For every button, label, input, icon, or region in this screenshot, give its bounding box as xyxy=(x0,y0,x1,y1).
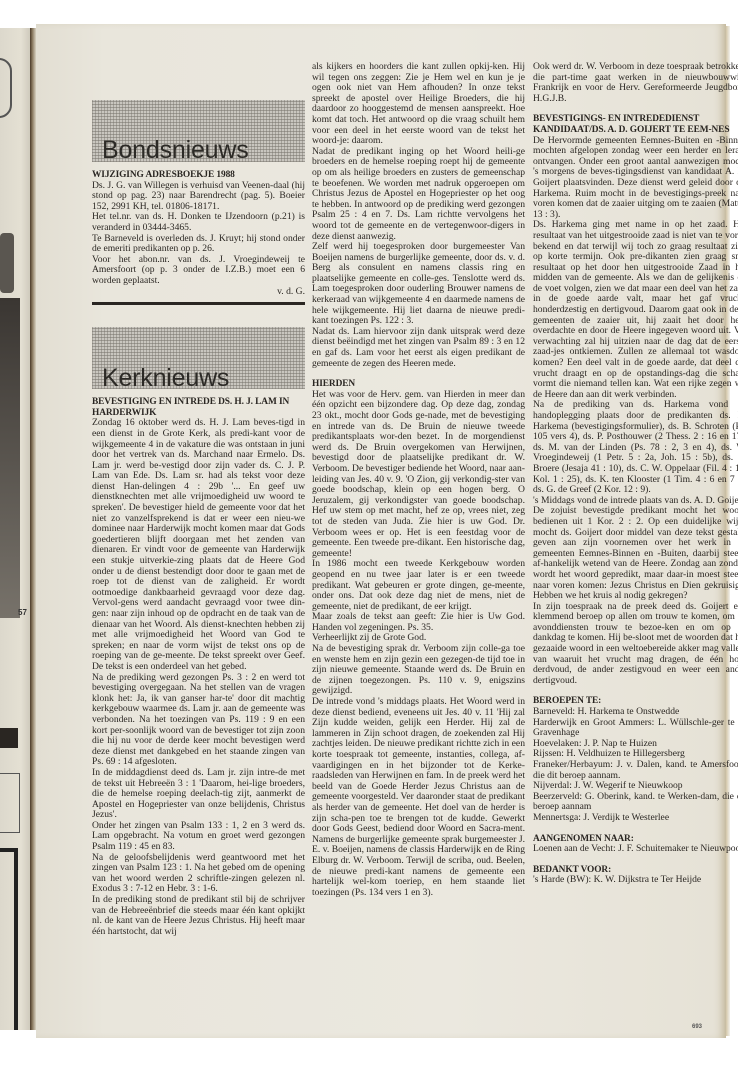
paragraph: Ds. Harkema ging met name in op het zaad… xyxy=(533,220,738,400)
paragraph: Zondag 16 oktober werd ds. H. J. Lam bev… xyxy=(92,418,305,672)
box-fragment xyxy=(0,773,20,833)
column-1: Bondsnieuws WIJZIGING ADRESBOEKJE 1988 D… xyxy=(92,100,305,937)
illustration-fragment xyxy=(0,58,12,118)
paragraph: Ook werd dr. W. Verboom in deze toespraa… xyxy=(533,62,738,104)
previous-page-fragment: 57 xyxy=(0,28,30,1030)
paragraph: Het tel.nr. van ds. H. Donken te IJzendo… xyxy=(92,212,305,233)
paragraph: Nadat de predikant inging op het Woord h… xyxy=(312,147,525,242)
article-heading: WIJZIGING ADRESBOEKJE 1988 xyxy=(92,170,305,181)
paragraph: Maar zoals de tekst aan geeft: Zie hier … xyxy=(312,612,525,633)
magazine-page: Bondsnieuws WIJZIGING ADRESBOEKJE 1988 D… xyxy=(36,24,726,1038)
list-item: Loenen aan de Vecht: J. F. Schuitemaker … xyxy=(533,844,738,855)
paragraph: 's Middags vond de intrede plaats van ds… xyxy=(533,496,738,602)
paragraph: Ds. J. G. van Willegen is verhuisd van V… xyxy=(92,181,305,213)
list-item: Harderwijk en Groot Ammers: L. Wüllschle… xyxy=(533,718,738,739)
column-3: Ook werd dr. W. Verboom in deze toespraa… xyxy=(533,62,738,886)
section-banner-kerknieuws: Kerknieuws xyxy=(92,327,305,389)
paragraph: Te Barneveld is overleden ds. J. Kruyt; … xyxy=(92,234,305,255)
list-item: Mennertsga: J. Verdijk te Westerlee xyxy=(533,813,738,824)
signature: v. d. G. xyxy=(92,287,305,298)
dark-image-fragment xyxy=(0,298,20,618)
paragraph: De intrede vond 's middags plaats. Het W… xyxy=(312,697,525,898)
paragraph: Na de geloofsbelijdenis werd geantwoord … xyxy=(92,853,305,895)
page-number: 693 xyxy=(692,1024,702,1030)
paragraph: In de prediking stond de predikant stil … xyxy=(92,895,305,937)
illustration-fragment xyxy=(0,233,14,293)
paragraph: De Hervormde gemeenten Eemnes-Buiten en … xyxy=(533,136,738,221)
paragraph: Zelf werd hij toegesproken door burgemee… xyxy=(312,242,525,327)
article-heading: BEVESTIGING EN INTREDE DS. H. J. LAM IN … xyxy=(92,397,305,418)
paragraph: Onder het zingen van Psalm 133 : 1, 2 en… xyxy=(92,821,305,853)
paragraph: Na de prediking van ds. Harkema vond de … xyxy=(533,400,738,495)
section-title: Kerknieuws xyxy=(102,373,229,384)
box-fragment xyxy=(0,848,18,1030)
dark-bar-fragment xyxy=(0,728,18,748)
paragraph: In 1986 mocht een tweede Kerkgebouw word… xyxy=(312,559,525,612)
paragraph: Na de prediking werd gezongen Ps. 3 : 2 … xyxy=(92,673,305,768)
section-title: Bondsnieuws xyxy=(102,145,249,156)
section-banner-bondsnieuws: Bondsnieuws xyxy=(92,100,305,162)
article-heading: BEVESTIGINGS- EN INTREDEDIENST KANDIDAAT… xyxy=(533,114,738,135)
list-item: 's Harde (BW): K. W. Dijkstra te Ter Hei… xyxy=(533,875,738,886)
paragraph: Voor het abon.nr. van ds. J. Vroegindewe… xyxy=(92,255,305,287)
list-item: Beerzerveld: G. Oberink, kand. te Werken… xyxy=(533,792,738,813)
paragraph: als kijkers en hoorders die kant zullen … xyxy=(312,62,525,147)
list-item: Franeker/Herbayum: J. v. Dalen, kand. te… xyxy=(533,760,738,781)
paragraph: Na de bevestiging sprak dr. Verboom zijn… xyxy=(312,644,525,697)
paragraph: In zijn toespraak na de preek deed ds. G… xyxy=(533,602,738,687)
paragraph: In de middagdienst deed ds. Lam jr. zijn… xyxy=(92,768,305,821)
column-2: als kijkers en hoorders die kant zullen … xyxy=(312,62,525,898)
paragraph: Nadat ds. Lam hiervoor zijn dank uitspra… xyxy=(312,327,525,369)
paragraph: Het was voor de Herv. gem. van Hierden i… xyxy=(312,390,525,560)
prev-page-number-fragment: 57 xyxy=(18,608,27,617)
